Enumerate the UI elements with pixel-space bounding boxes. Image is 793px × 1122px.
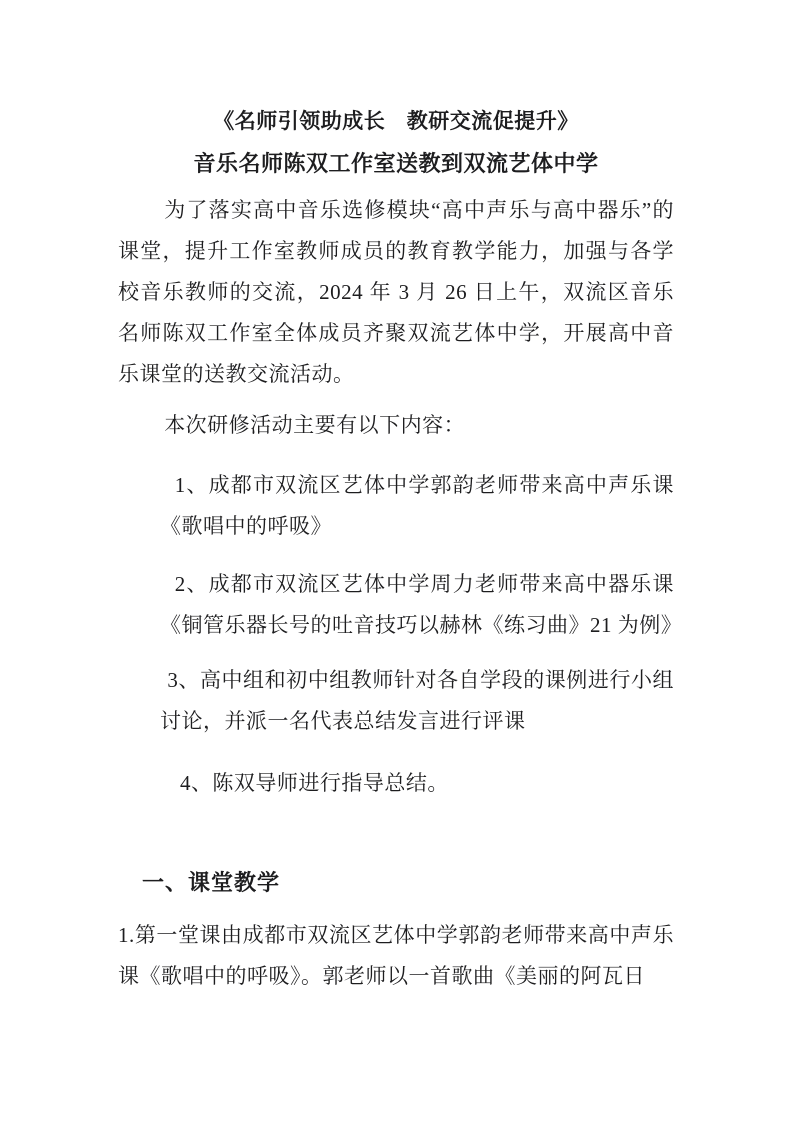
document-title: 《名师引领助成长 教研交流促提升》 [118,100,674,142]
intro-paragraph: 为了落实高中音乐选修模块“高中声乐与高中器乐”的课堂，提升工作室教师成员的教育教… [118,190,674,395]
agenda-item-3: 3、高中组和初中组教师针对各自学段的课例进行小组讨论，并派一名代表总结发言进行评… [118,660,674,742]
agenda-item-4: 4、陈双导师进行指导总结。 [118,763,674,804]
agenda-lead-in: 本次研修活动主要有以下内容： [118,405,674,446]
agenda-item-1: 1、成都市双流区艺体中学郭韵老师带来高中声乐课《歌唱中的呼吸》 [118,465,674,547]
section-paragraph: 1.第一堂课由成都市双流区艺体中学郭韵老师带来高中声乐课《歌唱中的呼吸》。郭老师… [118,915,674,997]
agenda-item-2: 2、成都市双流区艺体中学周力老师带来高中器乐课《铜管乐器长号的吐音技巧以赫林《练… [118,564,674,646]
document-page: 《名师引领助成长 教研交流促提升》 音乐名师陈双工作室送教到双流艺体中学 为了落… [0,0,793,1122]
section-heading-classroom-teaching: 一、课堂教学 [118,862,674,904]
document-subtitle: 音乐名师陈双工作室送教到双流艺体中学 [118,142,674,186]
